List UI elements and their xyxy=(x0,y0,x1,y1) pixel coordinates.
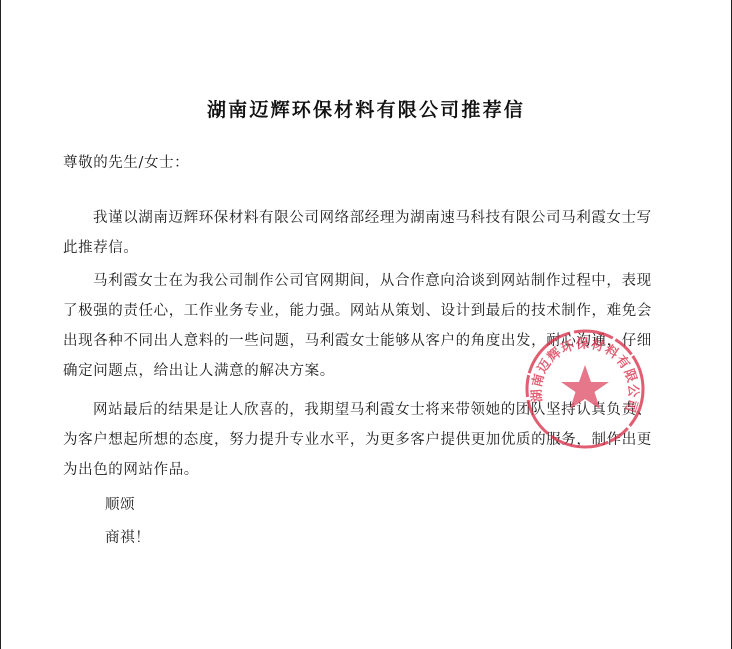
document-title: 湖南迈辉环保材料有限公司推荐信 xyxy=(1,96,731,124)
closing-line-2: 商祺！ xyxy=(105,523,150,553)
letter-page: 湖南迈辉环保材料有限公司推荐信 尊敬的先生/女士： 我谨以湖南迈辉环保材料有限公… xyxy=(0,0,732,649)
paragraph-evaluation: 马利霞女士在为我公司制作公司官网期间，从合作意向洽谈到网站制作过程中，表现了极强… xyxy=(63,266,665,386)
salutation: 尊敬的先生/女士： xyxy=(63,148,665,178)
paragraph-introduction: 我谨以湖南迈辉环保材料有限公司网络部经理为湖南速马科技有限公司马利霞女士写此推荐… xyxy=(63,203,665,263)
paragraph-conclusion: 网站最后的结果是让人欣喜的，我期望马利霞女士将来带领她的团队坚持认真负责、为客户… xyxy=(63,395,665,485)
closing-line-1: 顺颂 xyxy=(105,490,135,520)
